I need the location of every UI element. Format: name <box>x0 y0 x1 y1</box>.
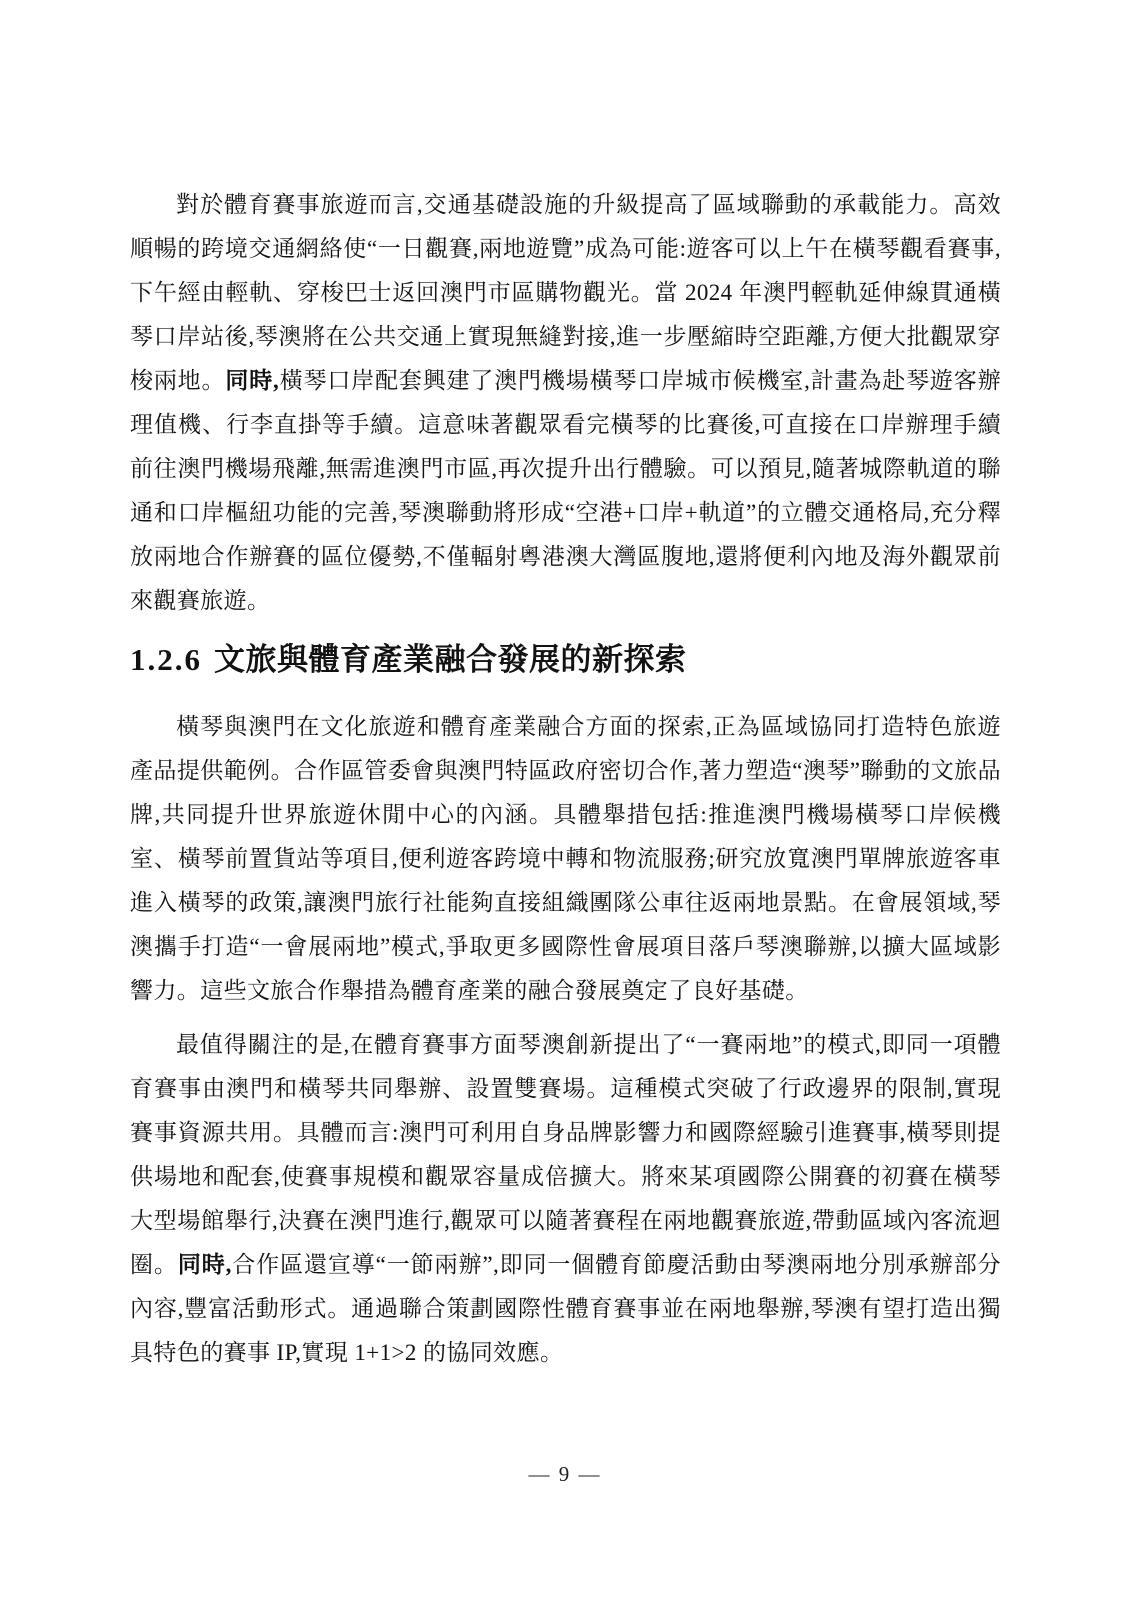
paragraph-text: 最值得關注的是,在體育賽事方面琴澳創新提出了“一賽兩地”的模式,即同一項體育賽事… <box>130 1032 1001 1277</box>
paragraph-text: 對於體育賽事旅遊而言,交通基礎設施的升級提高了區域聯動的承載能力。高效順暢的跨境… <box>130 192 1001 393</box>
section-number: 1.2.6 <box>130 642 202 677</box>
paragraph-transport-upgrade: 對於體育賽事旅遊而言,交通基礎設施的升級提高了區域聯動的承載能力。高效順暢的跨境… <box>130 183 1001 623</box>
paragraph-text: 合作區還宣導“一節兩辦”,即同一個體育節慶活動由琴澳兩地分別承辦部分內容,豐富活… <box>130 1252 1001 1365</box>
page-number: — 9 — <box>529 1462 602 1486</box>
bold-run: 同時, <box>225 368 279 393</box>
section-title: 文旅與體育產業融合發展的新探索 <box>214 642 687 677</box>
paragraph-one-event-two-venues: 最值得關注的是,在體育賽事方面琴澳創新提出了“一賽兩地”的模式,即同一項體育賽事… <box>130 1023 1001 1375</box>
bold-run: 同時, <box>178 1252 232 1277</box>
paragraph-culture-tourism-integration: 橫琴與澳門在文化旅遊和體育產業融合方面的探索,正為區域協同打造特色旅遊產品提供範… <box>130 705 1001 1013</box>
section-heading: 1.2.6文旅與體育產業融合發展的新探索 <box>130 637 1001 683</box>
document-page: 對於體育賽事旅遊而言,交通基礎設施的升級提高了區域聯動的承載能力。高效順暢的跨境… <box>0 0 1130 1600</box>
document-content: 對於體育賽事旅遊而言,交通基礎設施的升級提高了區域聯動的承載能力。高效順暢的跨境… <box>130 183 1001 1375</box>
page-footer: — 9 — <box>0 1460 1130 1488</box>
paragraph-text: 橫琴與澳門在文化旅遊和體育產業融合方面的探索,正為區域協同打造特色旅遊產品提供範… <box>130 714 1001 1003</box>
paragraph-text: 橫琴口岸配套興建了澳門機場橫琴口岸城市候機室,計畫為赴琴遊客辦理值機、行李直掛等… <box>130 368 1001 613</box>
